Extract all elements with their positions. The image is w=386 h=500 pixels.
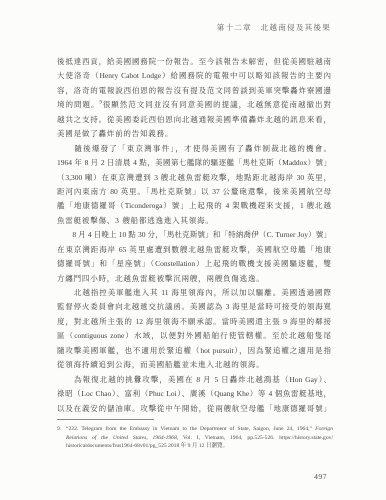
text-line: 後抵達西貢，給美國國務院一份報告。至今該報告未解密，但從美國駐越南 xyxy=(57,55,331,69)
text-line: Relations of the United States, 1964-196… xyxy=(66,434,333,443)
text-line: 1964 年 8 月 2 日清晨 4 點，美國第七艦隊的驅逐艦「馬杜克斯（Mad… xyxy=(57,156,331,170)
text-line: 艦「地康德羅哥（Ticonderoga）號」上起飛的 4 架戰機趕來支援，1 艘… xyxy=(57,199,331,213)
running-header: 第十二章 北越南侵及其後果 xyxy=(217,22,331,33)
footnote: 9. “222. Telegram from the Embassy in Vi… xyxy=(57,425,333,451)
text-line: 隨後爆發了「東京灣事件」，才使得美國有了轟炸制裁北越的機會。 xyxy=(57,142,331,156)
text-line: 德羅哥號」和「星座號」（Constellation）上起飛的戰機支援美國驅逐艦，… xyxy=(57,257,331,271)
text-line: 境的問題。9很顯然范文同並沒有同意美國的提議，北越無意從南越撤出對 xyxy=(57,98,331,112)
text-line: （3,300 噸）在東京灣遭到 3 艘北越魚雷艇攻擊，地點距北越海岸 30 英里… xyxy=(57,171,331,185)
text-line: 北越指控美軍艦進入其 11 海里領海內，所以加以驅離。美國透過國際 xyxy=(57,286,331,300)
text-line: 越共之支持。從美國委託西伯恩向北越通報美國準備轟炸北越的訊息來看， xyxy=(57,113,331,127)
text-line: 距河內東南方 80 英里。「馬杜克斯號」以 37 公釐砲還擊，後來美國航空母 xyxy=(57,185,331,199)
footnote-text: “222. Telegram from the Embassy in Vietn… xyxy=(66,425,333,451)
text-line: 大使洛奇（Henry Cabot Lodge）給國務院的電報中可以略知該報告的主… xyxy=(57,69,331,83)
text-line: historicaldocuments/frus1964-68v01/pg_52… xyxy=(66,442,333,451)
footnote-marker: 9. xyxy=(57,425,61,434)
text-line: 在東京灣距海岸 65 英里處遭到數艘北越魚雷艇攻擊，美國航空母艦「地康 xyxy=(57,243,331,257)
text-line: 魚雷艇被擊傷、3 艘船都逃逸進入其領海。 xyxy=(57,214,331,228)
text-line: “222. Telegram from the Embassy in Vietn… xyxy=(66,425,333,434)
text-line: 以及在義安的儲油庫。攻擊從中午開始，從兩艘航空母艦「地康德羅哥號」 xyxy=(57,402,331,416)
body-text: 後抵達西貢，給美國國務院一份報告。至今該報告未解密，但從美國駐越南大使洛奇（He… xyxy=(57,55,331,416)
text-line: 區（contiguous zone）水域，以便對外國船舶行使管轄權。至於北越船隻… xyxy=(57,329,331,343)
text-line: 容，洛奇的電報說西伯恩的報告沒有提及范文同曾談到美軍突擊轟炸寮國邊 xyxy=(57,84,331,98)
text-line: 方纏鬥四小時，北越魚雷艇被擊沉兩艘，兩艘負傷逃逸。 xyxy=(57,272,331,286)
text-line: 度，對北越所主張的 12 海里領海不願承認。當時美國還主張 9 海里的鄰接 xyxy=(57,315,331,329)
text-line: 8 月 4 日晚上 10 點 30 分，「馬杜克斯號」和「特納喬伊（C. Tur… xyxy=(57,228,331,242)
text-line: 美國是做了轟炸前的告知義務。 xyxy=(57,127,331,141)
footnote-rule xyxy=(57,419,154,420)
text-line: 隨攻擊美國軍艦，也不適用於緊追權（hot pursuit），因為緊追權之適用是指 xyxy=(57,344,331,358)
text-line: 從領海持續追到公海，而美國船艦並未進入北越的領海。 xyxy=(57,358,331,372)
page-number: 497 xyxy=(314,472,327,481)
text-line: 監督停火委員會向北越遞交抗議函。美國認為 3 海里是當時可接受的領海寬 xyxy=(57,300,331,314)
text-line: 祿昭（Loc Chao）、富利（Phuc Loi）、廣溪（Quang Khe）等… xyxy=(57,387,331,401)
text-line: 為報復北越的挑釁攻擊，美國在 8 月 5 日轟炸北越鴻基（Hon Gay）、 xyxy=(57,373,331,387)
book-page: 第十二章 北越南侵及其後果 後抵達西貢，給美國國務院一份報告。至今該報告未解密，… xyxy=(0,0,386,500)
